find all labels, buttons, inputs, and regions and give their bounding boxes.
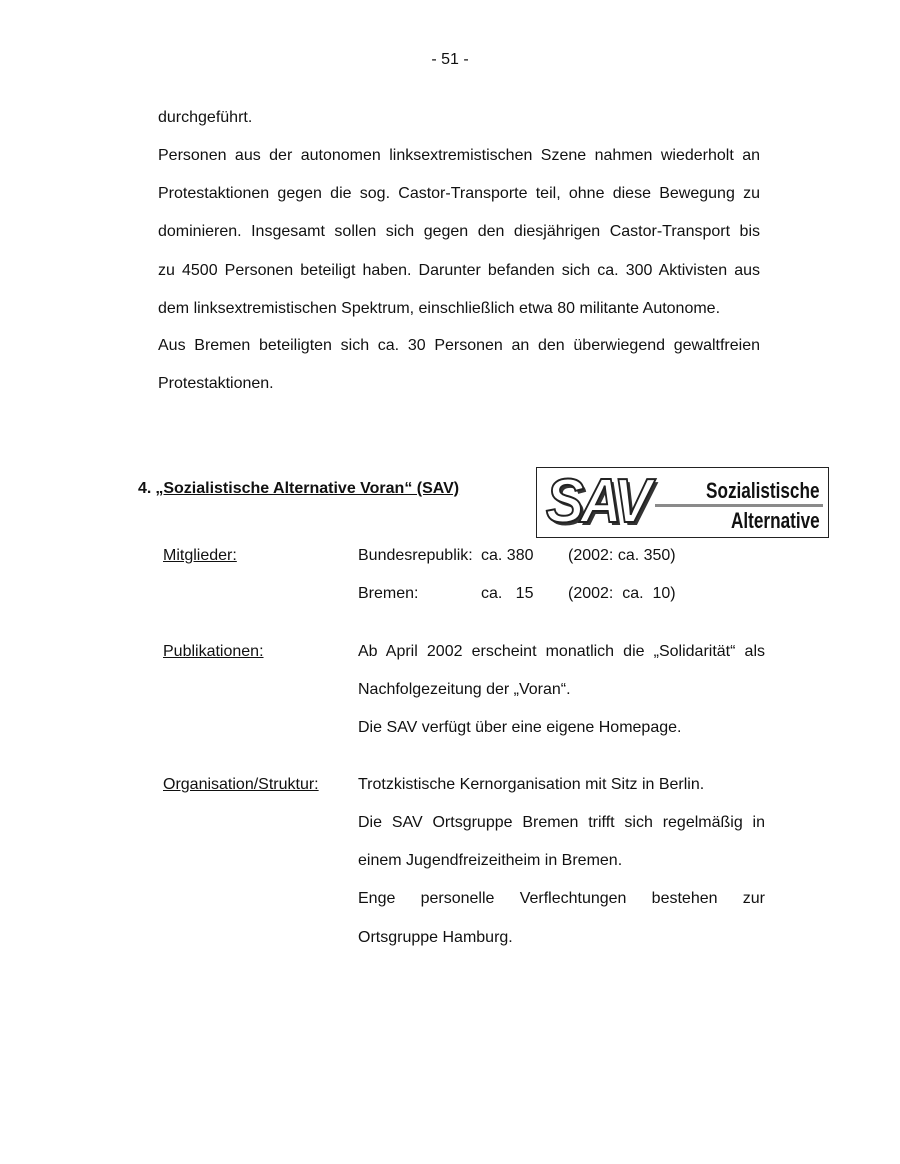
- organisation-line: Enge personelle Verflechtungen bestehen …: [358, 889, 765, 909]
- publications-label: Publikationen:: [163, 642, 264, 662]
- section-number: 4.: [138, 480, 151, 497]
- section-title: „Sozialistische Alternative Voran“ (SAV): [155, 480, 459, 497]
- organisation-label: Organisation/Struktur:: [163, 775, 319, 795]
- members-value: ca. 380: [481, 546, 533, 566]
- members-value: ca. 15: [481, 584, 533, 604]
- organisation-line: Die SAV Ortsgruppe Bremen trifft sich re…: [358, 813, 765, 833]
- text-line: dominieren. Insgesamt sollen sich gegen …: [158, 213, 760, 251]
- text-line: Protestaktionen.: [158, 365, 760, 403]
- paragraph-bremen: Aus Bremen beteiligten sich ca. 30 Perso…: [158, 327, 760, 403]
- logo-abbreviation: SAV: [546, 471, 648, 533]
- text-line: Aus Bremen beteiligten sich ca. 30 Perso…: [158, 327, 760, 365]
- publications-line: Die SAV verfügt über eine eigene Homepag…: [358, 718, 681, 738]
- text-line: durchgeführt.: [158, 99, 760, 137]
- text-line: dem linksextremistischen Spektrum, einsc…: [158, 290, 760, 328]
- intro-fragment: durchgeführt.: [158, 99, 760, 137]
- logo-divider: [655, 504, 823, 507]
- publications-line: Nachfolgezeitung der „Voran“.: [358, 680, 571, 700]
- text-line: zu 4500 Personen beteiligt haben. Darunt…: [158, 252, 760, 290]
- organisation-line: Ortsgruppe Hamburg.: [358, 928, 513, 948]
- page-number: - 51 -: [0, 50, 900, 70]
- paragraph-castor: Personen aus der autonomen linksextremis…: [158, 137, 760, 328]
- organisation-line: einem Jugendfreizeitheim in Bremen.: [358, 851, 622, 871]
- publications-line: Ab April 2002 erscheint monatlich die „S…: [358, 642, 765, 662]
- text-line: Protestaktionen gegen die sog. Castor-Tr…: [158, 175, 760, 213]
- sav-logo: SAV Sozialistische Alternative: [536, 467, 829, 538]
- organisation-line: Trotzkistische Kernorganisation mit Sitz…: [358, 775, 704, 795]
- logo-word-alternative: Alternative: [731, 509, 820, 533]
- members-region: Bundesrepublik:: [358, 546, 473, 566]
- text-line: Personen aus der autonomen linksextremis…: [158, 137, 760, 175]
- section-heading: 4.„Sozialistische Alternative Voran“ (SA…: [138, 479, 459, 499]
- logo-word-sozialistische: Sozialistische: [706, 479, 820, 503]
- members-previous: (2002: ca. 10): [568, 584, 676, 604]
- members-previous: (2002: ca. 350): [568, 546, 676, 566]
- members-region: Bremen:: [358, 584, 418, 604]
- members-label: Mitglieder:: [163, 546, 237, 566]
